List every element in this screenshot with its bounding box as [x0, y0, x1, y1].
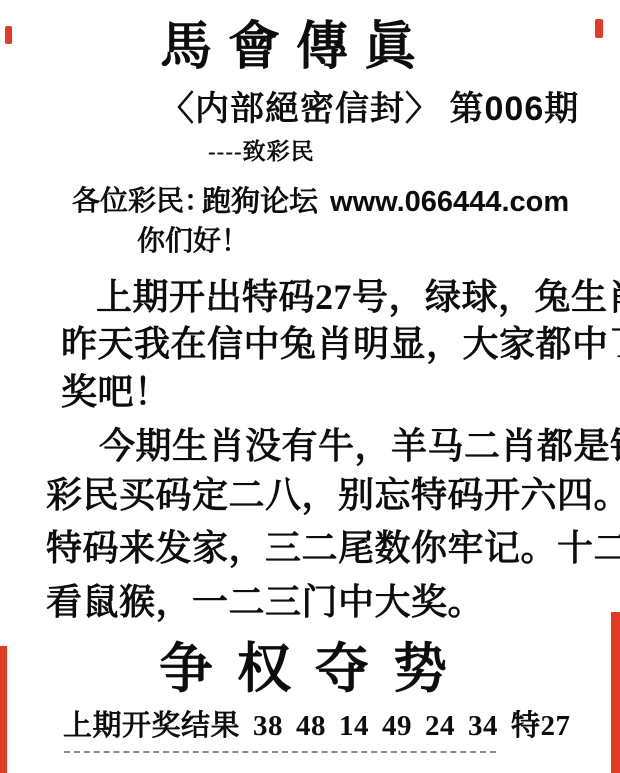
special-number: 特27	[511, 710, 571, 742]
page-title: 馬會傳眞	[0, 22, 592, 74]
result-number-2: 48	[296, 710, 326, 742]
last-result-line: 上期开奖结果384814492434特27	[63, 712, 571, 741]
website-url: www.066444.com	[330, 186, 569, 218]
paragraph1-line1: 上期开出特码27号，绿球，兔生肖。	[96, 279, 620, 315]
result-number-4: 49	[382, 710, 412, 742]
greeting-hello: 你们好！	[137, 228, 249, 256]
paragraph1-line3: 奖吧！	[61, 374, 171, 410]
scanned-flyer-page: 馬會傳眞 〈内部絕密信封〉 第006期 ----致彩民 各位彩民： 跑狗论坛ww…	[0, 0, 620, 773]
paragraph2-line1: 今期生肖没有牛，羊马二肖都是钱。	[99, 428, 620, 464]
result-number-3: 14	[339, 710, 369, 742]
issue-bracket-text: 〈内部絕密信封〉	[160, 91, 440, 128]
salutation: 各位彩民：	[72, 188, 212, 216]
slogan-title: 争权夺势	[0, 642, 620, 696]
result-number-6: 34	[468, 710, 498, 742]
paragraph2-line4: 看鼠猴，一二三门中大奖。	[46, 584, 484, 620]
issue-number: 006	[485, 90, 545, 128]
dedication-line: ----致彩民	[208, 140, 315, 163]
scan-artifact-dashes	[64, 751, 496, 753]
forum-line: 跑狗论坛www.066444.com	[202, 188, 569, 217]
result-label: 上期开奖结果	[63, 710, 240, 742]
result-number-1: 38	[253, 710, 283, 742]
result-number-5: 24	[425, 710, 455, 742]
issue-prefix: 第	[450, 91, 485, 128]
issue-line: 〈内部絕密信封〉 第006期	[160, 92, 579, 127]
paragraph2-line2: 彩民买码定二八，别忘特码开六四。合双	[46, 477, 620, 513]
paragraph2-line3: 特码来发家，三二尾数你牢记。十二生肖	[46, 530, 620, 566]
red-scan-mark-top-right	[595, 19, 603, 38]
issue-suffix: 期	[544, 91, 579, 128]
forum-name: 跑狗论坛	[202, 186, 318, 218]
paragraph1-line2: 昨天我在信中兔肖明显，大家都中了大	[61, 326, 620, 362]
